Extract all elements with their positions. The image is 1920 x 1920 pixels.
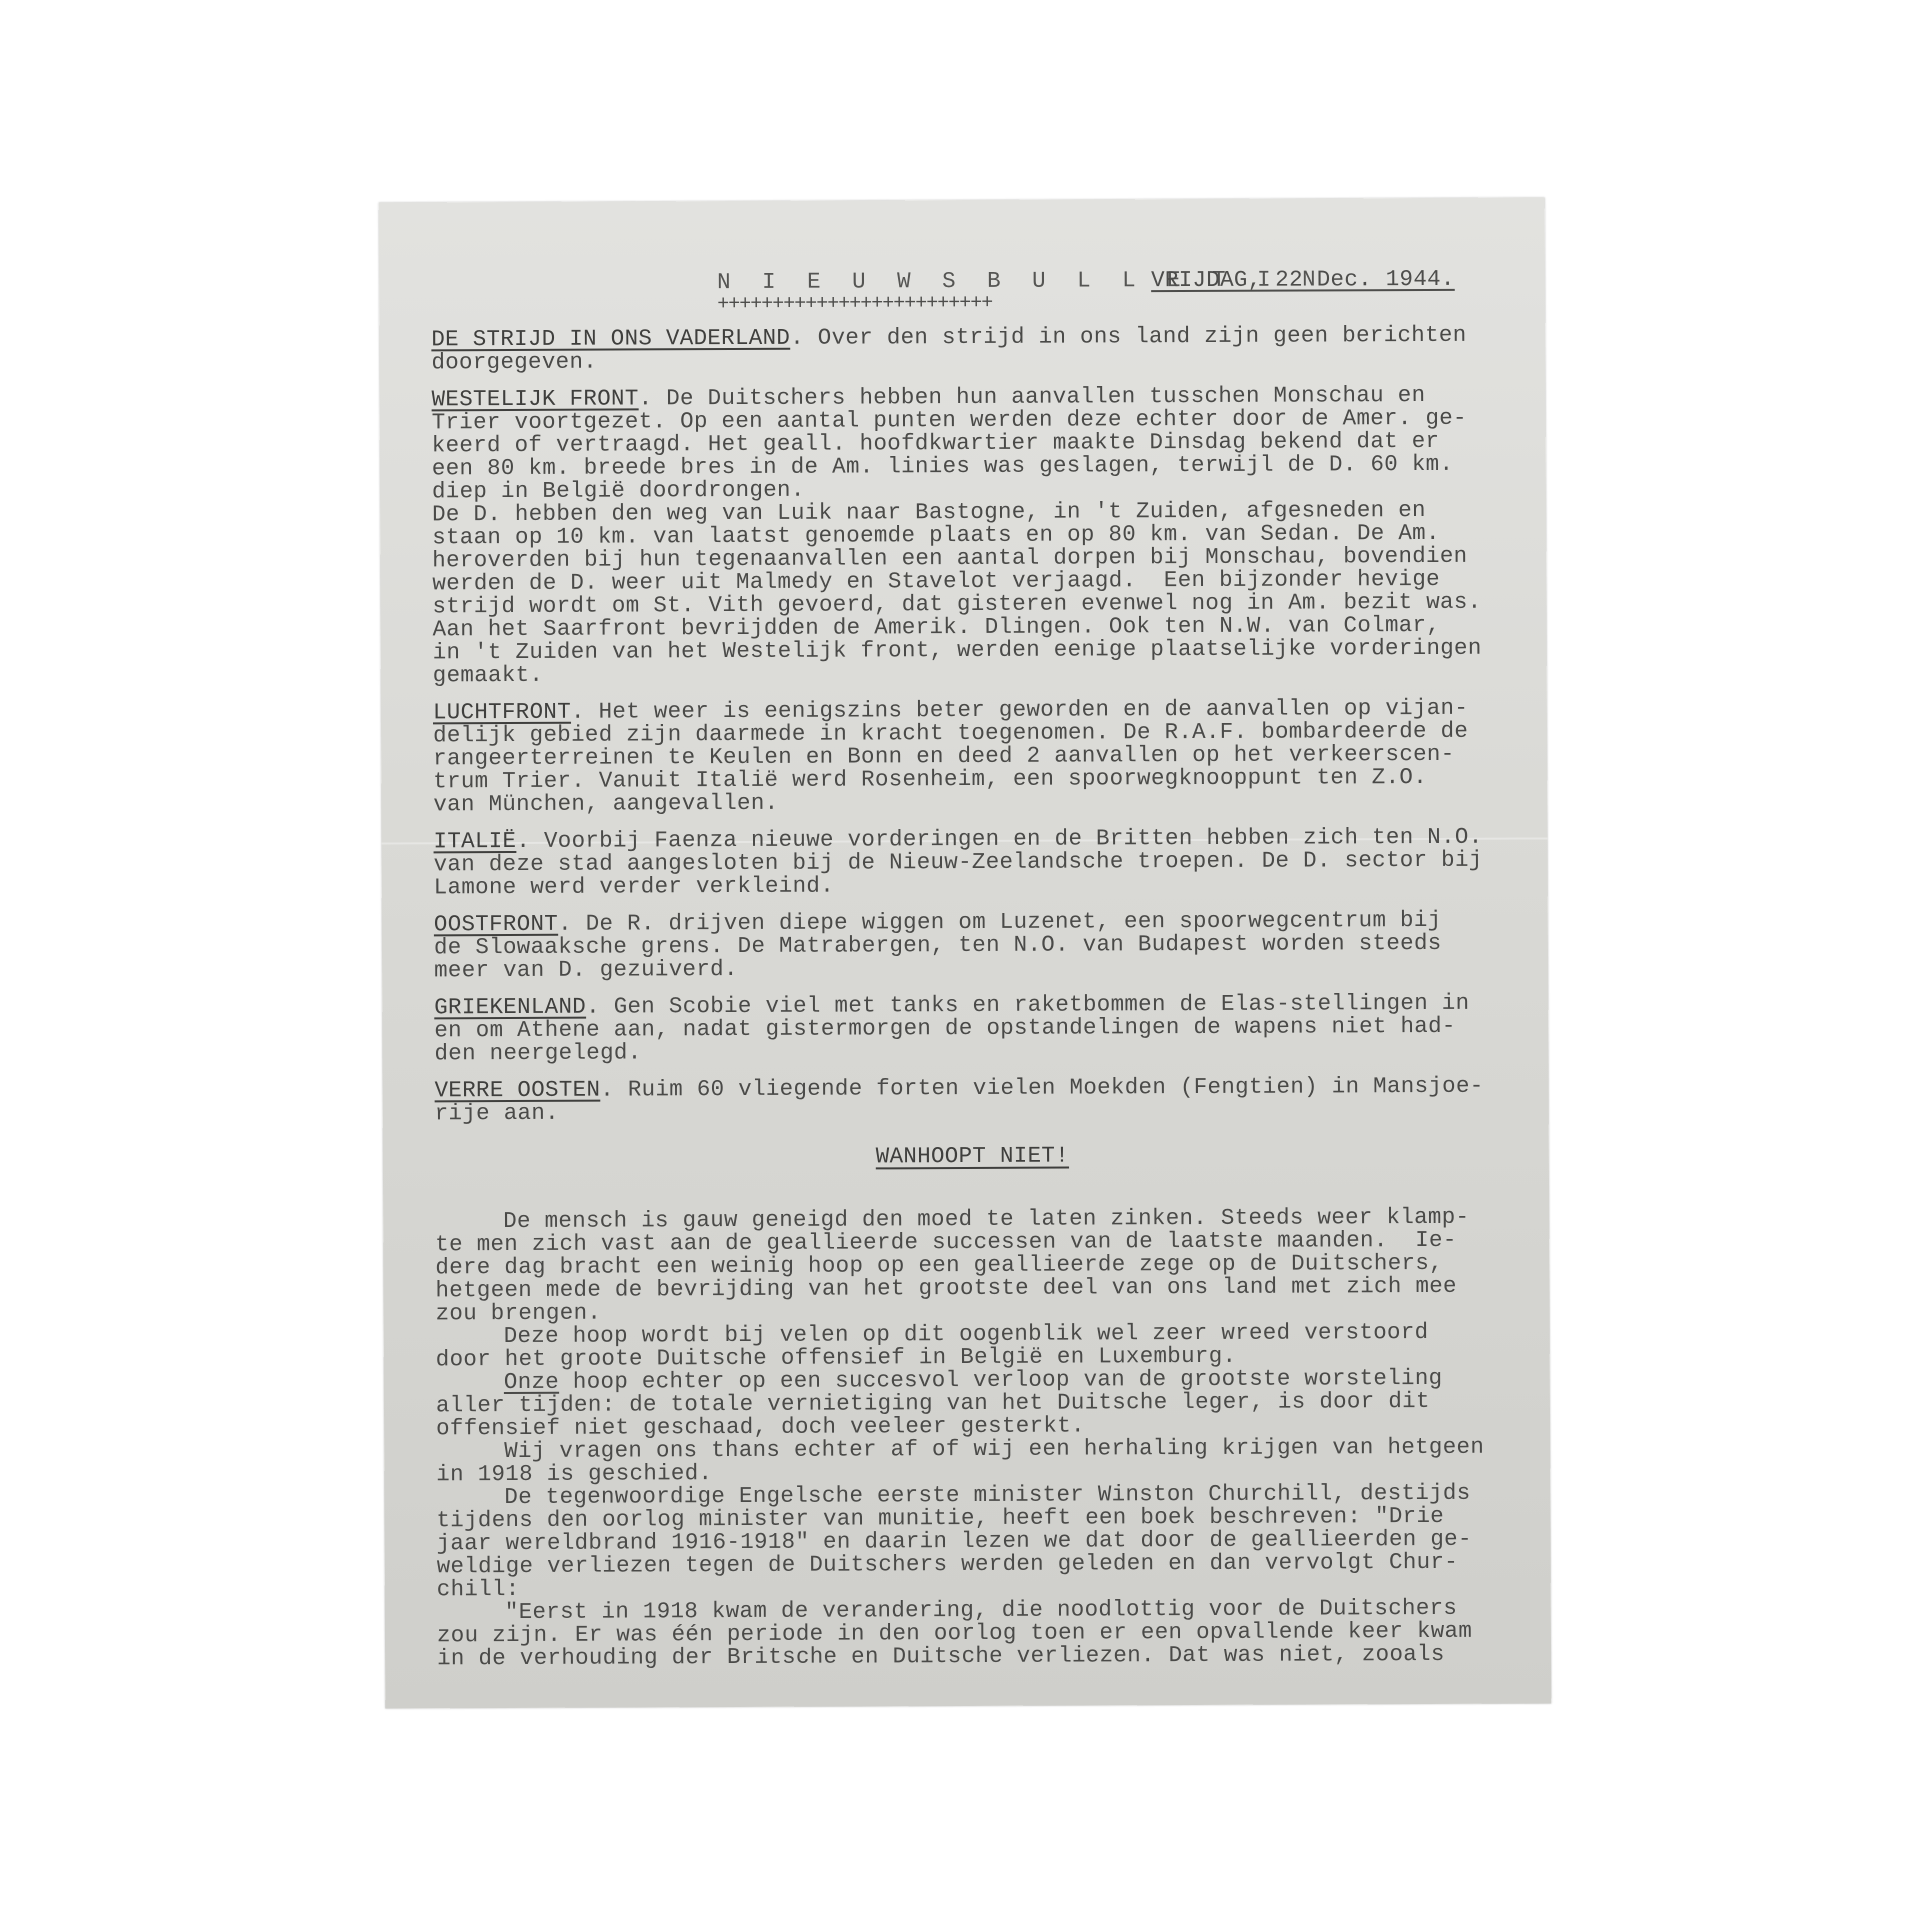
section-text: . Het weer is eenigszins beter geworden … xyxy=(433,695,1468,818)
bulletin-date: VRIJDAG, 22 Dec. 1944. xyxy=(1151,268,1455,292)
typewritten-newsletter-page: N I E U W S B U L L E T I N ++++++++++++… xyxy=(379,197,1552,1708)
essay-paragraph: De tegenwoordige Engelsche eerste minist… xyxy=(436,1482,1511,1602)
section-text: . De R. drijven diepe wiggen om Luzenet,… xyxy=(434,907,1442,983)
essay-title: WANHOOPT NIET! xyxy=(876,1143,1069,1170)
essay-paragraph: Onze hoop echter op een succesvol verloo… xyxy=(436,1367,1511,1441)
section-text: . De Duitschers hebben hun aanvallen tus… xyxy=(432,382,1482,688)
section-oostfront: OOSTFRONT. De R. drijven diepe wiggen om… xyxy=(434,909,1509,983)
section-luchtfront: LUCHTFRONT. Het weer is eenigszins beter… xyxy=(433,697,1508,817)
essay-paragraph: De mensch is gauw geneigd den moed te la… xyxy=(435,1206,1510,1326)
section-vaderland: DE STRIJD IN ONS VADERLAND. Over den str… xyxy=(431,324,1506,375)
essay-title-wrap: WANHOOPT NIET! xyxy=(435,1143,1510,1171)
section-verre-oosten: VERRE OOSTEN. Ruim 60 vliegende forten v… xyxy=(435,1075,1510,1126)
essay-paragraph: "Eerst in 1918 kwam de verandering, die … xyxy=(437,1597,1512,1671)
essay-paragraph: Deze hoop wordt bij velen op dit oogenbl… xyxy=(436,1321,1511,1372)
section-westelijk-front: WESTELIJK FRONT. De Duitschers hebben hu… xyxy=(432,384,1508,688)
section-italie: ITALIË. Voorbij Faenza nieuwe vorderinge… xyxy=(433,826,1508,900)
essay-paragraph: Wij vragen ons thans echter af of wij ee… xyxy=(436,1436,1511,1487)
section-text: . Gen Scobie viel met tanks en raketbomm… xyxy=(434,990,1469,1067)
section-text: . Voorbij Faenza nieuwe vorderingen en d… xyxy=(434,824,1483,901)
bulletin-header: N I E U W S B U L L E T I N ++++++++++++… xyxy=(431,268,1506,329)
section-griekenland: GRIEKENLAND. Gen Scobie viel met tanks e… xyxy=(434,992,1509,1066)
page-content: N I E U W S B U L L E T I N ++++++++++++… xyxy=(431,268,1512,1671)
title-decorative-rule: +++++++++++++++++++++++++ xyxy=(717,292,992,316)
essay-body: De mensch is gauw geneigd den moed te la… xyxy=(435,1206,1512,1671)
